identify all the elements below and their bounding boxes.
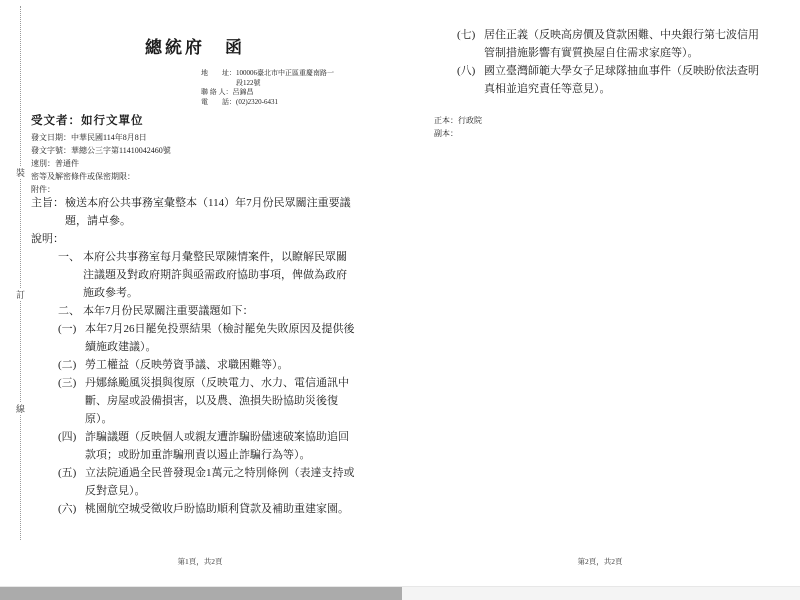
item-number: (八): [457, 62, 484, 98]
speed-class-line: 速別：普通件: [31, 157, 171, 170]
document-body: 主旨： 檢送本府公共事務室彙整本（114）年7月份民眾關注重要議題，請卓參。 說…: [31, 194, 355, 518]
recipient-line: 受文者：如行文單位: [31, 112, 144, 128]
binding-mark-xian: 線: [14, 402, 27, 415]
document-viewer: 裝 訂 線 總統府 函 地 址： 100006臺北市中正區重慶南路一段122號 …: [0, 0, 800, 600]
list-item: (五) 立法院通過全民普發現金1萬元之特別條例（表達支持或反對意見）。: [58, 464, 355, 500]
item-number: (一): [58, 320, 85, 356]
subject-paragraph: 主旨： 檢送本府公共事務室彙整本（114）年7月份民眾關注重要議題，請卓參。: [31, 194, 355, 230]
original-copy-line: 正本：行政院: [434, 114, 762, 127]
list-item: 二、 本年7月份民眾關注重要議題如下：: [58, 302, 355, 320]
contact-block: 地 址： 100006臺北市中正區重慶南路一段122號 聯 絡 人： 呂錦昌 電…: [201, 69, 340, 107]
item-text: 桃園航空城受徵收戶盼協助順利貸款及補助重建家園。: [85, 500, 355, 518]
contact-person-value: 呂錦昌: [233, 88, 337, 98]
item-text: 詐騙議題（反映個人或親友遭詐騙盼儘速破案協助追回款項；或盼加重詐騙刑責以遏止詐騙…: [85, 428, 355, 464]
list-item: (一) 本年7月26日罷免投票結果（檢討罷免失敗原因及提供後續施政建議）。: [58, 320, 355, 356]
address-label: 地 址：: [201, 69, 236, 88]
subject-label: 主旨：: [31, 194, 65, 230]
doc-number-line: 發文字號：華總公三字第11410042460號: [31, 144, 171, 157]
list-item: (六) 桃園航空城受徵收戶盼協助順利貸款及補助重建家園。: [58, 500, 355, 518]
item-text: 國立臺灣師範大學女子足球隊抽血事件（反映盼依法查明真相並追究責任等意見）。: [484, 62, 762, 98]
list-item: (三) 丹娜絲颱風災損與復原（反映電力、水力、電信通訊中斷、房屋或設備損害，以及…: [58, 374, 355, 428]
address-row: 地 址： 100006臺北市中正區重慶南路一段122號: [201, 69, 340, 88]
contact-person-label: 聯 絡 人：: [201, 88, 233, 98]
item-number: (六): [58, 500, 85, 518]
list-item: (八) 國立臺灣師範大學女子足球隊抽血事件（反映盼依法查明真相並追究責任等意見）…: [457, 62, 762, 98]
horizontal-scrollbar-thumb[interactable]: [0, 587, 402, 600]
issue-date-line: 發文日期：中華民國114年8月8日: [31, 131, 171, 144]
item-number: 二、: [58, 302, 83, 320]
distribution-block: 正本：行政院 副本：: [434, 114, 762, 140]
item-text: 立法院通過全民普發現金1萬元之特別條例（表達支持或反對意見）。: [85, 464, 355, 500]
binding-dotted-line: [20, 6, 21, 540]
phone-row: 電 話： (02)2320-6431: [201, 98, 340, 108]
item-text: 本年7月份民眾關注重要議題如下：: [83, 302, 355, 320]
horizontal-scrollbar-track[interactable]: [0, 586, 800, 600]
document-body: (七) 居住正義（反映高房價及貸款困難、中央銀行第七波信用管制措施影響有實質換屋…: [430, 26, 762, 140]
duplicate-copy-line: 副本：: [434, 127, 762, 140]
page-number-footer: 第2頁，共2頁: [400, 556, 800, 567]
item-number: (七): [457, 26, 484, 62]
list-item: (二) 勞工權益（反映勞資爭議、求職困難等）。: [58, 356, 355, 374]
phone-value: (02)2320-6431: [236, 98, 340, 108]
security-class-line: 密等及解密條件或保密期限：: [31, 170, 171, 183]
address-value: 100006臺北市中正區重慶南路一段122號: [236, 69, 340, 88]
list-item: 一、 本府公共事務室每月彙整民眾陳情案件，以瞭解民眾關注議題及對政府期許與亟需政…: [58, 248, 355, 302]
list-item: (四) 詐騙議題（反映個人或親友遭詐騙盼儘速破案協助追回款項；或盼加重詐騙刑責以…: [58, 428, 355, 464]
item-number: (二): [58, 356, 85, 374]
page-number-footer: 第1頁，共2頁: [0, 556, 400, 567]
phone-label: 電 話：: [201, 98, 236, 108]
item-text: 本府公共事務室每月彙整民眾陳情案件，以瞭解民眾關注議題及對政府期許與亟需政府協助…: [83, 248, 355, 302]
document-page-2: (七) 居住正義（反映高房價及貸款困難、中央銀行第七波信用管制措施影響有實質換屋…: [400, 0, 800, 586]
document-page-1: 裝 訂 線 總統府 函 地 址： 100006臺北市中正區重慶南路一段122號 …: [0, 0, 400, 586]
item-text: 本年7月26日罷免投票結果（檢討罷免失敗原因及提供後續施政建議）。: [85, 320, 355, 356]
list-item: (七) 居住正義（反映高房價及貸款困難、中央銀行第七波信用管制措施影響有實質換屋…: [457, 26, 762, 62]
item-number: 一、: [58, 248, 83, 302]
explanation-label: 說明：: [31, 230, 355, 248]
item-number: (三): [58, 374, 85, 428]
contact-person-row: 聯 絡 人： 呂錦昌: [201, 88, 340, 98]
item-number: (五): [58, 464, 85, 500]
binding-mark-zhuang: 裝: [14, 166, 27, 179]
item-text: 勞工權益（反映勞資爭議、求職困難等）。: [85, 356, 355, 374]
item-number: (四): [58, 428, 85, 464]
item-text: 居住正義（反映高房價及貸款困難、中央銀行第七波信用管制措施影響有實質換屋自住需求…: [484, 26, 762, 62]
subject-text: 檢送本府公共事務室彙整本（114）年7月份民眾關注重要議題，請卓參。: [65, 194, 355, 230]
binding-mark-ding: 訂: [14, 288, 27, 301]
meta-block: 發文日期：中華民國114年8月8日 發文字號：華總公三字第11410042460…: [31, 131, 171, 196]
item-text: 丹娜絲颱風災損與復原（反映電力、水力、電信通訊中斷、房屋或設備損害，以及農、漁損…: [85, 374, 355, 428]
document-title: 總統府 函: [30, 33, 360, 58]
